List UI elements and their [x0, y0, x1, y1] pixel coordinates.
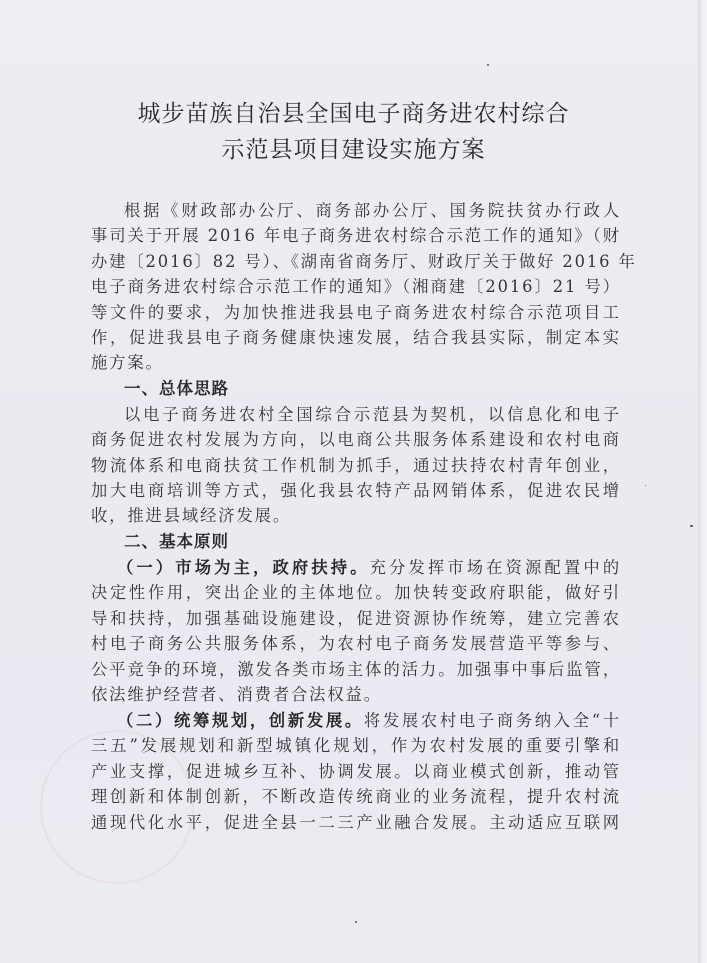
- scanned-page: 城步苗族自治县全国电子商务进农村综合 示范县项目建设实施方案 根据《财政部办公厅…: [0, 0, 700, 963]
- intro-line: 办建〔2016〕82 号）、《湖南省商务厅、财政厅关于做好 2016 年: [91, 249, 621, 274]
- scan-speck: [645, 485, 646, 486]
- scan-speck: [487, 64, 489, 66]
- principle1-line: 决定性作用，突出企业的主体地位。加快转变政府职能，做好引: [91, 580, 621, 605]
- principle2-line: 通现代化水平，促进全县一二三产业融合发展。主动适应互联网: [91, 810, 621, 835]
- principle1-lead: （一）市场为主，政府扶持。: [117, 558, 370, 577]
- intro-line: 施方案。: [91, 350, 621, 375]
- section-heading-basic-principles: 二、基本原则: [124, 529, 229, 554]
- principle1-first-line-rest: 充分发挥市场在资源配置中的: [370, 558, 621, 577]
- scan-speck: [355, 921, 357, 923]
- principle1-line: 导和扶持，加强基础设施建设，促进资源协作统筹，建立完善农: [91, 606, 621, 631]
- intro-line: 等文件的要求，为加快推进我县电子商务进农村综合示范项目工: [91, 300, 621, 325]
- document-title-line-1: 城步苗族自治县全国电子商务进农村综合: [0, 96, 707, 132]
- section1-line: 收，推进县域经济发展。: [91, 503, 621, 528]
- section1-line: 以电子商务进农村全国综合示范县为契机，以信息化和电子: [124, 402, 621, 427]
- intro-line: 根据《财政部办公厅、商务部办公厅、国务院扶贫办行政人: [124, 198, 621, 223]
- principle1-first-line: （一）市场为主，政府扶持。充分发挥市场在资源配置中的: [117, 555, 621, 580]
- principle2-line: 产业支撑，促进城乡互补、协调发展。以商业模式创新，推动管: [91, 759, 621, 784]
- scan-speck: [690, 525, 693, 527]
- intro-line: 事司关于开展 2016 年电子商务进农村综合示范工作的通知》（财: [91, 223, 621, 248]
- intro-line: 电子商务进农村综合示范工作的通知》（湘商建〔2016〕21 号）: [91, 274, 621, 299]
- principle2-first-line-rest: 将发展农村电子商务纳入全“十: [364, 711, 621, 730]
- section1-line: 商务促进农村发展为方向，以电商公共服务体系建设和农村电商: [91, 427, 621, 452]
- page-edge: [698, 0, 707, 963]
- section1-line: 物流体系和电商扶贫工作机制为抓手，通过扶持农村青年创业，: [91, 453, 621, 478]
- section-heading-overall-approach: 一、总体思路: [124, 376, 229, 401]
- principle1-line: 公平竞争的环境，激发各类市场主体的活力。加强事中事后监管，: [91, 657, 621, 682]
- principle1-line: 村电子商务公共服务体系，为农村电子商务发展营造平等参与、: [91, 631, 621, 656]
- principle2-line: 理创新和体制创新，不断改造传统商业的业务流程，提升农村流: [91, 784, 621, 809]
- principle2-first-line: （二）统筹规划，创新发展。将发展农村电子商务纳入全“十: [117, 708, 621, 733]
- section1-line: 加大电商培训等方式，强化我县农特产品网销体系，促进农民增: [91, 478, 621, 503]
- principle2-line: 三五”发展规划和新型城镇化规划，作为农村发展的重要引擎和: [91, 733, 621, 758]
- document-title-line-2: 示范县项目建设实施方案: [0, 132, 707, 168]
- intro-line: 作，促进我县电子商务健康快速发展，结合我县实际，制定本实: [91, 325, 621, 350]
- principle1-line: 依法维护经营者、消费者合法权益。: [91, 682, 621, 707]
- principle2-lead: （二）统筹规划，创新发展。: [117, 711, 364, 730]
